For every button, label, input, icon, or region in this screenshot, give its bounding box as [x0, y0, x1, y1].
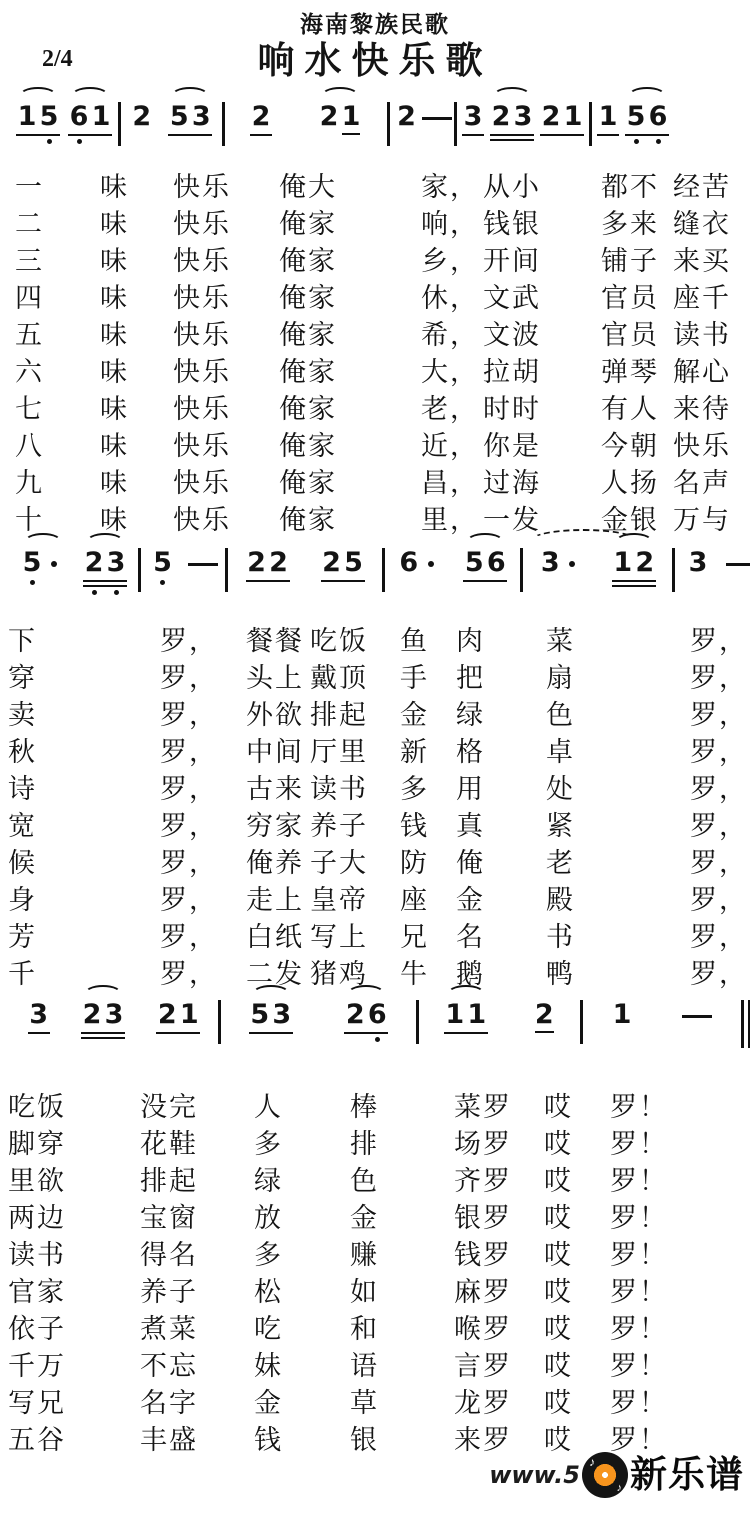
lyric-cell: 芳: [8, 915, 160, 954]
lyric-cell: 俺家: [279, 424, 421, 463]
lyric-cell: 解心: [673, 350, 750, 389]
note-digit: 2: [247, 548, 266, 577]
half-note-dash: [188, 563, 218, 566]
lyric-cell: 文波: [483, 313, 601, 352]
lyric-cell: 绿: [254, 1159, 350, 1198]
lyric-cell: 白纸: [246, 915, 310, 954]
lyric-cell: 快乐: [173, 461, 279, 500]
lyric-cell: 名字: [140, 1381, 254, 1420]
lyric-cell: 味: [100, 276, 173, 315]
lyric-cell: 多来: [601, 202, 673, 241]
watermark-url: www.5: [489, 1461, 580, 1489]
lyric-cell: 养子: [310, 804, 400, 843]
song-title: 响水快乐歌: [0, 30, 750, 84]
note-digit: 5: [23, 548, 42, 577]
note-digit: 5: [153, 548, 172, 577]
lyric-cell: 俺家: [279, 313, 421, 352]
lyric-cell: 没完: [140, 1085, 254, 1124]
note-digit: 1: [599, 102, 618, 131]
measure: 253: [123, 102, 220, 136]
note-group: 1: [611, 1000, 633, 1029]
barline: [672, 548, 675, 592]
lyric-cell: 下: [8, 619, 160, 658]
lyric-cell: 棒: [350, 1085, 454, 1124]
lyric-cell: 罗，: [690, 878, 750, 917]
note-digit: 2: [535, 1000, 554, 1033]
lyric-cell: 古来: [246, 767, 310, 806]
beam-underline: [156, 1032, 200, 1034]
lyric-cell: 场罗: [454, 1122, 544, 1161]
lyric-cell: 哎: [544, 1159, 610, 1198]
lyric-cell: 休，: [421, 276, 483, 315]
measure: 3: [677, 548, 750, 577]
lyric-cell: 罗，: [160, 693, 246, 732]
lyric-cell: 罗！: [610, 1307, 750, 1346]
lyric-cell: 座千: [673, 276, 750, 315]
lyric-cell: 哎: [544, 1344, 610, 1383]
beam-underline: [597, 134, 619, 136]
lyric-cell: 罗，: [690, 693, 750, 732]
lyric-cell: 草: [350, 1381, 454, 1420]
note-digit: 6: [487, 548, 506, 577]
half-note-dash: [422, 117, 452, 120]
slur-group: 15: [16, 102, 60, 144]
lyric-cell: 三: [15, 239, 100, 278]
lyric-cell: 座: [400, 878, 456, 917]
note-digit: 2: [158, 1000, 177, 1029]
lyric-cell: 吃: [254, 1307, 350, 1346]
note-digit: 3: [272, 1000, 291, 1029]
lyric-cell: 格: [456, 730, 546, 769]
lyric-cell: 罗，: [690, 767, 750, 806]
note-digit: 2: [132, 102, 151, 131]
octave-dot: [47, 139, 52, 144]
lyric-cell: 罗！: [610, 1344, 750, 1383]
note-digit: 2: [397, 102, 416, 131]
barline: [138, 548, 141, 592]
note-digit: 1: [613, 1000, 632, 1029]
lyric-cell: 写上: [310, 915, 400, 954]
lyric-cell: 罗！: [610, 1196, 750, 1235]
note-digit: 2: [83, 1000, 102, 1029]
lyric-cell: 书: [546, 915, 690, 954]
note-digit: 2: [252, 102, 271, 131]
lyric-cell: 戴顶: [310, 656, 400, 695]
lyric-cell: 鱼: [400, 619, 456, 658]
lyric-cell: 排: [350, 1122, 454, 1161]
lyric-cell: 俺家: [279, 239, 421, 278]
lyric-cell: 五: [15, 313, 100, 352]
lyric-cell: 紧: [546, 804, 690, 843]
measure: 656: [387, 548, 518, 582]
lyric-cell: 老，: [421, 387, 483, 426]
note-group: 22: [246, 548, 290, 582]
beam-underline: [83, 580, 127, 582]
lyric-cell: 大，: [421, 350, 483, 389]
note-digit: 3: [29, 1000, 48, 1029]
lyric-cell: 快乐: [173, 387, 279, 426]
lyric-cell: 和: [350, 1307, 454, 1346]
lyric-cell: 菜: [546, 619, 690, 658]
lyric-cell: 多: [254, 1233, 350, 1272]
slur-group: 56: [463, 548, 507, 582]
lyric-cell: 读书: [8, 1233, 140, 1272]
lyric-cell: 乡，: [421, 239, 483, 278]
vinyl-record-icon: [582, 1452, 628, 1498]
lyric-cell: 读书: [310, 767, 400, 806]
half-note-dash: [682, 1015, 712, 1018]
lyric-cell: 七: [15, 387, 100, 426]
measure: 112: [421, 1000, 578, 1034]
barline: [589, 102, 592, 146]
note-digit: 3: [107, 548, 126, 577]
beam-underline: [490, 139, 534, 141]
lyric-cell: 穿: [8, 656, 160, 695]
lyric-cell: 银: [350, 1418, 454, 1457]
lyrics-1: 一味快乐俺大家，从小都不经苦二味快乐俺家响，钱银多来缝衣三味快乐俺家乡，开间铺子…: [0, 166, 750, 536]
beam-underline: [462, 134, 484, 136]
note-digit: 1: [564, 102, 583, 131]
lyric-cell: 哎: [544, 1233, 610, 1272]
note-group: 25: [321, 548, 365, 582]
slur-group: 26: [344, 1000, 388, 1042]
lyric-cell: 近，: [421, 424, 483, 463]
note-digit: 5: [465, 548, 484, 577]
lyric-cell: 快乐: [173, 239, 279, 278]
lyric-cell: 外欲: [246, 693, 310, 732]
lyric-cell: 穷家: [246, 804, 310, 843]
beam-underline: [612, 585, 656, 587]
beam-underline: [463, 580, 507, 582]
slur-group: 61: [68, 102, 112, 144]
lyric-cell: 不忘: [140, 1344, 254, 1383]
sheet-music-page: 海南黎族民歌 响水快乐歌 2/4 1561253221232321156 一味快…: [0, 0, 750, 1517]
time-signature: 2/4: [42, 46, 73, 73]
lyric-cell: 罗，: [160, 767, 246, 806]
lyric-cell: 色: [350, 1159, 454, 1198]
beam-underline: [246, 580, 290, 582]
beam-underline: [249, 1032, 293, 1034]
note-digit: 2: [542, 102, 561, 131]
lyric-cell: 罗！: [610, 1233, 750, 1272]
lyric-cell: 子大: [310, 841, 400, 880]
lyric-cell: 把: [456, 656, 546, 695]
note-digit: 1: [92, 102, 111, 131]
note-group: 2: [131, 102, 153, 131]
lyric-cell: 龙罗: [454, 1381, 544, 1420]
lyric-cell: 快乐: [173, 165, 279, 204]
lyric-cell: 九: [15, 461, 100, 500]
lyric-cell: 有人: [601, 387, 673, 426]
lyrics-3: 吃饭没完人棒菜罗哎罗！脚穿花鞋多排场罗哎罗！里欲排起绿色齐罗哎罗！两边宝窗放金银…: [0, 1086, 750, 1456]
barline: [222, 102, 225, 146]
lyric-cell: 味: [100, 313, 173, 352]
lyric-cell: 开间: [483, 239, 601, 278]
measure: 2225: [230, 548, 380, 582]
lyric-cell: 花鞋: [140, 1122, 254, 1161]
lyric-cell: 罗，: [160, 804, 246, 843]
lyric-cell: 用: [456, 767, 546, 806]
lyric-cell: 卖: [8, 693, 160, 732]
lyric-cell: 放: [254, 1196, 350, 1235]
notation-1: 1561253221232321156: [12, 82, 748, 146]
lyric-cell: 罗！: [610, 1122, 750, 1161]
lyric-cell: 俺: [456, 841, 546, 880]
note-digit: 3: [541, 548, 560, 577]
measure: 2: [392, 102, 452, 131]
octave-dot: [77, 139, 82, 144]
lyric-cell: 快乐: [173, 313, 279, 352]
lyric-cell: 手: [400, 656, 456, 695]
lyric-cell: 一: [15, 165, 100, 204]
lyric-cell: 来待: [673, 387, 750, 426]
barline: [580, 1000, 583, 1044]
lyric-cell: 妹: [254, 1344, 350, 1383]
lyric-cell: 齐罗: [454, 1159, 544, 1198]
lyric-cell: 味: [100, 350, 173, 389]
lyric-cell: 味: [100, 424, 173, 463]
augmentation-dot: [51, 561, 57, 567]
lyric-cell: 钱银: [483, 202, 601, 241]
beam-underline: [490, 134, 534, 136]
lyric-cell: 煮菜: [140, 1307, 254, 1346]
note-digit: 2: [346, 1000, 365, 1029]
lyric-cell: 官员: [601, 313, 673, 352]
final-barline: [741, 1000, 750, 1048]
measure: 312: [525, 548, 670, 587]
lyric-cell: 罗！: [610, 1381, 750, 1420]
lyric-cell: 味: [100, 461, 173, 500]
lyric-cell: 快乐: [173, 276, 279, 315]
lyric-cell: 多: [400, 767, 456, 806]
lyric-cell: 俺家: [279, 461, 421, 500]
octave-dot: [114, 590, 119, 595]
lyric-cell: 中间: [246, 730, 310, 769]
lyric-cell: 罗，: [160, 915, 246, 954]
barline: [225, 548, 228, 592]
lyric-cell: 快乐: [173, 202, 279, 241]
note-group: 21: [156, 1000, 200, 1034]
lyric-cell: 时时: [483, 387, 601, 426]
lyric-cell: 语: [350, 1344, 454, 1383]
slur-group: 56: [625, 102, 669, 144]
lyric-cell: 钱: [254, 1418, 350, 1457]
lyric-cell: 人: [254, 1085, 350, 1124]
lyric-cell: 人扬: [601, 461, 673, 500]
slur-group: 53: [168, 102, 212, 136]
lyric-cell: 秋: [8, 730, 160, 769]
note-digit: 5: [40, 102, 59, 131]
lyric-cell: 银罗: [454, 1196, 544, 1235]
note-digit: 5: [627, 102, 646, 131]
lyric-cell: 味: [100, 165, 173, 204]
lyric-cell: 钱: [400, 804, 456, 843]
lyric-cell: 罗，: [690, 841, 750, 880]
lyric-cell: 头上: [246, 656, 310, 695]
lyric-cell: 今朝: [601, 424, 673, 463]
lyric-cell: 脚穿: [8, 1122, 140, 1161]
lyric-cell: 金: [400, 693, 456, 732]
lyric-cell: 拉胡: [483, 350, 601, 389]
lyric-cell: 味: [100, 387, 173, 426]
note-digit: 1: [613, 548, 632, 577]
note-digit: 3: [464, 102, 483, 131]
slur-group: 21: [318, 102, 362, 135]
measure: 5326: [223, 1000, 414, 1042]
lyric-cell: 罗，: [160, 730, 246, 769]
note-group: 2: [396, 102, 418, 131]
lyric-cell: 走上: [246, 878, 310, 917]
watermark-site-name: 新乐谱: [630, 1452, 744, 1498]
measure: 523: [12, 548, 136, 595]
slur-group: 53: [249, 1000, 293, 1034]
lyric-cell: 排起: [140, 1159, 254, 1198]
lyric-cell: 昌，: [421, 461, 483, 500]
lyric-cell: 松: [254, 1270, 350, 1309]
note-digit: 5: [344, 548, 363, 577]
lyric-cell: 绿: [456, 693, 546, 732]
lyrics-2: 下罗，餐餐吃饭鱼肉菜罗，穿罗，头上戴顶手把扇罗，卖罗，外欲排起金绿色罗，秋罗，中…: [0, 620, 750, 990]
lyric-cell: 罗，: [160, 656, 246, 695]
lyric-cell: 快乐: [673, 424, 750, 463]
lyric-cell: 罗，: [160, 619, 246, 658]
lyric-cell: 名声: [673, 461, 750, 500]
lyric-cell: 二: [15, 202, 100, 241]
barline: [118, 102, 121, 146]
lyric-cell: 罗，: [160, 841, 246, 880]
barline: [382, 548, 385, 592]
slur-group: 23: [81, 1000, 125, 1039]
slur-group: 23: [83, 548, 127, 595]
lyric-cell: 金: [456, 878, 546, 917]
note-group: 2: [250, 102, 272, 136]
lyric-cell: 俺大: [279, 165, 421, 204]
lyric-cell: 罗，: [690, 619, 750, 658]
lyric-cell: 响，: [421, 202, 483, 241]
lyric-cell: 排起: [310, 693, 400, 732]
lyric-cell: 候: [8, 841, 160, 880]
lyric-cell: 防: [400, 841, 456, 880]
note-digit: 1: [180, 1000, 199, 1029]
beam-underline: [28, 1032, 50, 1034]
beam-underline: [444, 1032, 488, 1034]
lyric-cell: 哎: [544, 1381, 610, 1420]
note-digit: 2: [322, 548, 341, 577]
lyric-cell: 都不: [601, 165, 673, 204]
note-group: 3: [28, 1000, 50, 1034]
lyric-cell: 罗，: [690, 656, 750, 695]
lyric-cell: 名: [456, 915, 546, 954]
lyric-cell: 官员: [601, 276, 673, 315]
lyric-cell: 四: [15, 276, 100, 315]
lyric-cell: 俺家: [279, 276, 421, 315]
augmentation-dot: [569, 561, 575, 567]
lyric-cell: 肉: [456, 619, 546, 658]
lyric-cell: 六: [15, 350, 100, 389]
lyric-cell: 味: [100, 202, 173, 241]
lyric-cell: 你是: [483, 424, 601, 463]
lyric-cell: 八: [15, 424, 100, 463]
note-digit: 3: [105, 1000, 124, 1029]
lyric-cell: 麻罗: [454, 1270, 544, 1309]
measure: 32321: [459, 102, 587, 141]
notation-3: 3232153261121: [12, 980, 748, 1048]
octave-dot: [160, 580, 165, 585]
note-digit: 1: [18, 102, 37, 131]
lyric-cell: 哎: [544, 1196, 610, 1235]
note-digit: 5: [170, 102, 189, 131]
note-digit: 1: [445, 1000, 464, 1029]
lyric-cell: 多: [254, 1122, 350, 1161]
lyric-cell: 色: [546, 693, 690, 732]
lyric-cell: 言罗: [454, 1344, 544, 1383]
beam-underline: [612, 580, 656, 582]
lyric-cell: 老: [546, 841, 690, 880]
lyric-cell: 从小: [483, 165, 601, 204]
watermark: www.5 新乐谱: [489, 1452, 744, 1498]
octave-dot: [656, 139, 661, 144]
lyric-cell: 罗，: [160, 878, 246, 917]
lyric-cell: 俺家: [279, 202, 421, 241]
lyric-cell: 宽: [8, 804, 160, 843]
lyric-cell: 两边: [8, 1196, 140, 1235]
lyric-cell: 厅里: [310, 730, 400, 769]
lyric-cell: 快乐: [173, 424, 279, 463]
note-digit: 6: [70, 102, 89, 131]
slur-group: 12: [612, 548, 656, 587]
barline: [218, 1000, 221, 1044]
lyric-cell: 千万: [8, 1344, 140, 1383]
lyric-cell: 家，: [421, 165, 483, 204]
lyric-cell: 哎: [544, 1085, 610, 1124]
octave-dot: [375, 1037, 380, 1042]
lyric-cell: 快乐: [173, 350, 279, 389]
note-group: 6: [398, 548, 442, 577]
lyric-cell: 养子: [140, 1270, 254, 1309]
barline: [454, 102, 457, 146]
note-group: 1: [597, 102, 619, 136]
note-digit: 3: [514, 102, 533, 131]
lyric-cell: 新: [400, 730, 456, 769]
lyric-cell: 皇帝: [310, 878, 400, 917]
lyric-cell: 罗，: [690, 804, 750, 843]
note-group: 5: [152, 548, 174, 585]
measure: 156: [594, 102, 750, 144]
lyric-cell: 过海: [483, 461, 601, 500]
note-digit: 2: [320, 102, 339, 135]
note-digit: 1: [467, 1000, 486, 1029]
lyric-cell: 钱罗: [454, 1233, 544, 1272]
measure: 1: [585, 1000, 735, 1029]
note-digit: 2: [492, 102, 511, 131]
lyric-cell: 希，: [421, 313, 483, 352]
note-group: 3: [687, 548, 709, 577]
lyric-cell: 文武: [483, 276, 601, 315]
lyric-cell: 吃饭: [8, 1085, 140, 1124]
lyric-cell: 哎: [544, 1270, 610, 1309]
lyric-cell: 罗！: [610, 1270, 750, 1309]
note-digit: 6: [368, 1000, 387, 1029]
lyric-cell: 兄: [400, 915, 456, 954]
notation-2: 523522256563123: [12, 528, 748, 595]
lyric-cell: 五谷: [8, 1418, 140, 1457]
lyric-cell: 罗！: [610, 1159, 750, 1198]
lyric-cell: 来买: [673, 239, 750, 278]
note-digit: 3: [192, 102, 211, 131]
barline: [387, 102, 390, 146]
beam-underline: [540, 134, 584, 136]
slur-group: 11: [444, 1000, 488, 1034]
